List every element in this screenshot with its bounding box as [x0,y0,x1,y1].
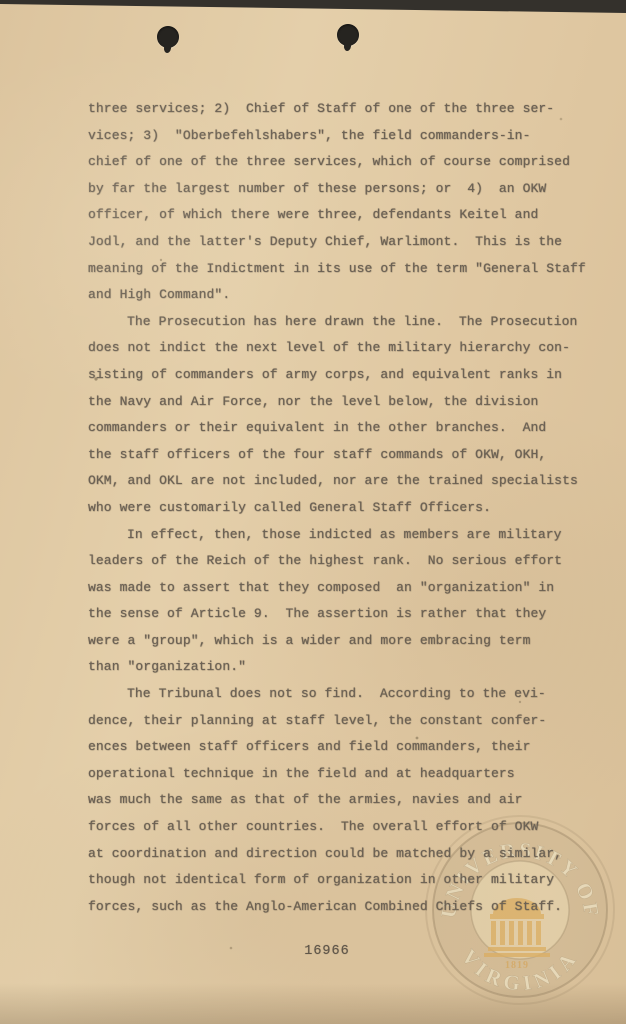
paragraph: The Prosecution has here drawn the line.… [88,309,598,522]
paragraph: three services; 2) Chief of Staff of one… [88,96,598,309]
seal-year-text: 1819 [505,960,529,971]
paper-specks [0,0,2,2]
document-text: three services; 2) Chief of Staff of one… [88,96,598,920]
hole-punch-left [157,26,179,48]
scanned-document: UNIVERSITY OF VIRGINIA 1819 three serv [0,0,626,1024]
paragraph: In effect, then, those indicted as membe… [88,522,598,682]
hole-punch-right [337,24,359,46]
paper-sheet: UNIVERSITY OF VIRGINIA 1819 three serv [0,0,626,1024]
paragraph: The Tribunal does not so find. According… [88,681,598,920]
page-number: 16966 [88,944,566,959]
